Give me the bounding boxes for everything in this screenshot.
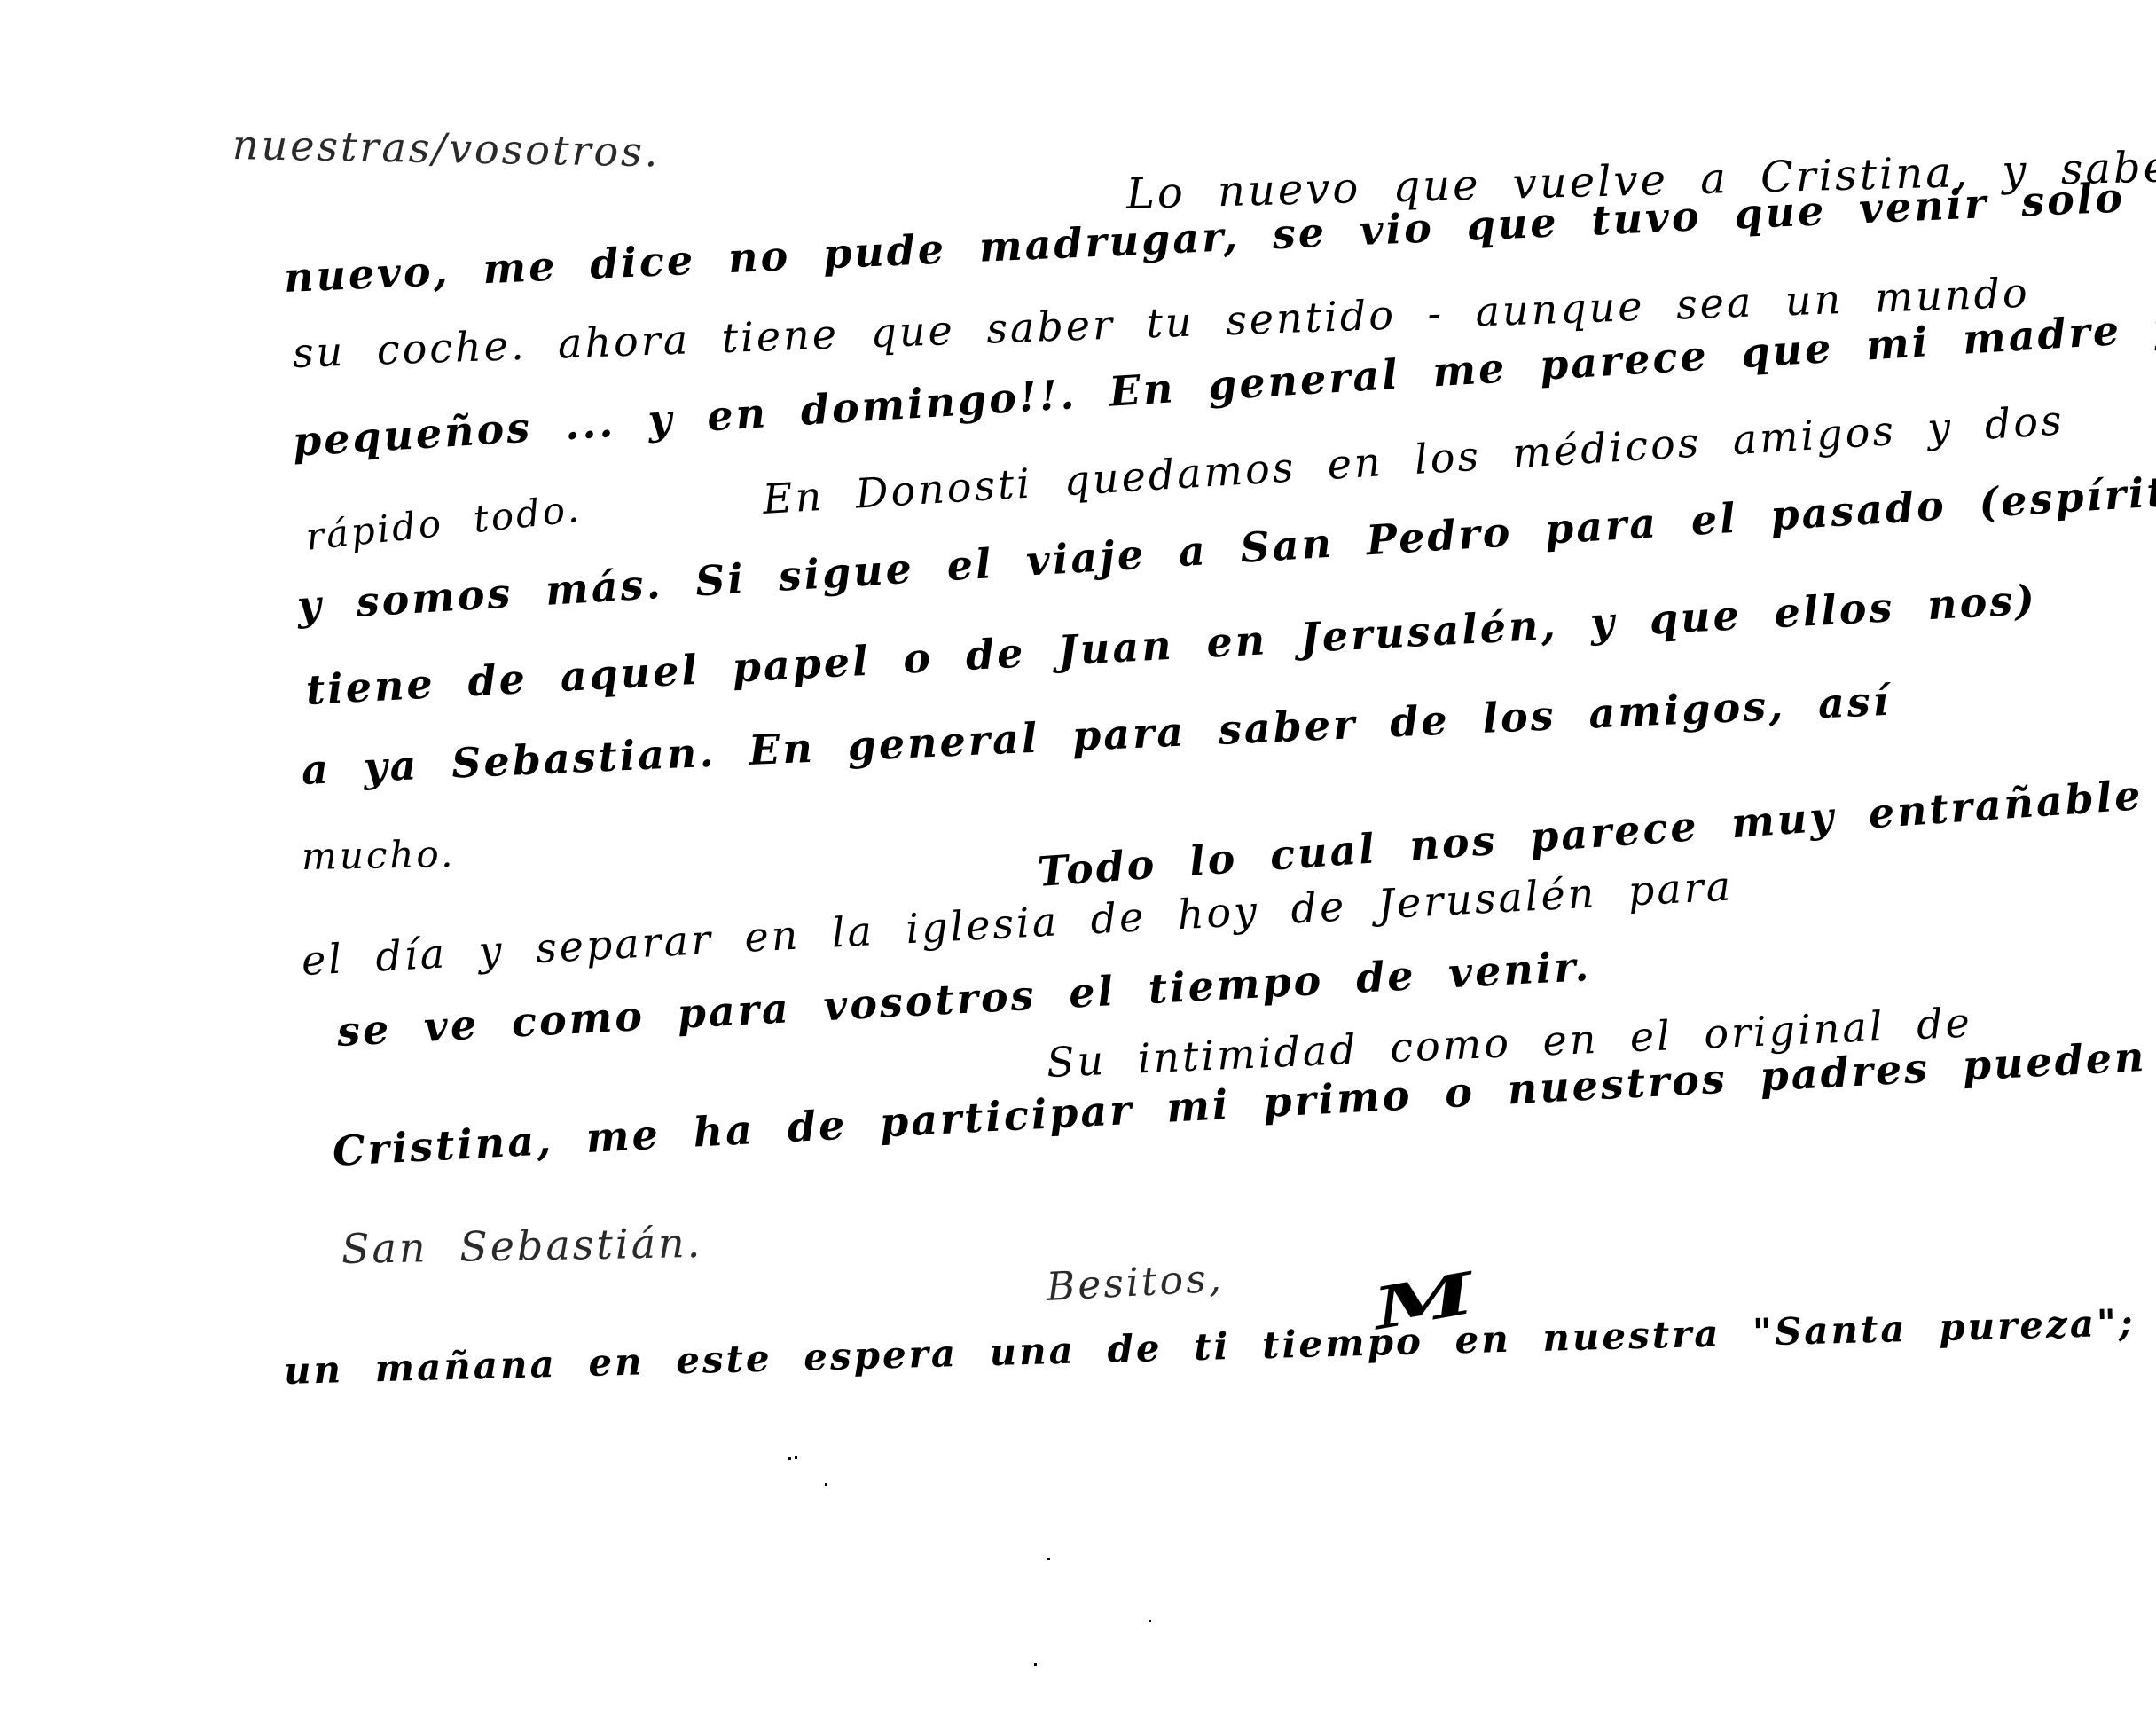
- letter-line-6: rápido todo.: [304, 491, 584, 556]
- letter-line-18: Besitos,: [1046, 1260, 1225, 1307]
- scan-speck: [795, 1456, 797, 1459]
- letter-line-17: San Sebastián.: [341, 1222, 703, 1269]
- scan-speck: [788, 1457, 791, 1460]
- scan-speck: [1149, 1620, 1151, 1622]
- letter-line-19: un mañana en este espera una de ti tiemp…: [283, 1295, 2156, 1390]
- scan-speck: [1047, 1558, 1050, 1560]
- scan-speck: [825, 1483, 827, 1486]
- letter-line-1: nuestras/vosotros.: [232, 124, 661, 172]
- scanned-letter-page: nuestras/vosotros. Lo nuevo que vuelve a…: [0, 0, 2156, 1735]
- letter-line-11: mucho.: [302, 836, 456, 875]
- scan-speck: [1034, 1663, 1037, 1666]
